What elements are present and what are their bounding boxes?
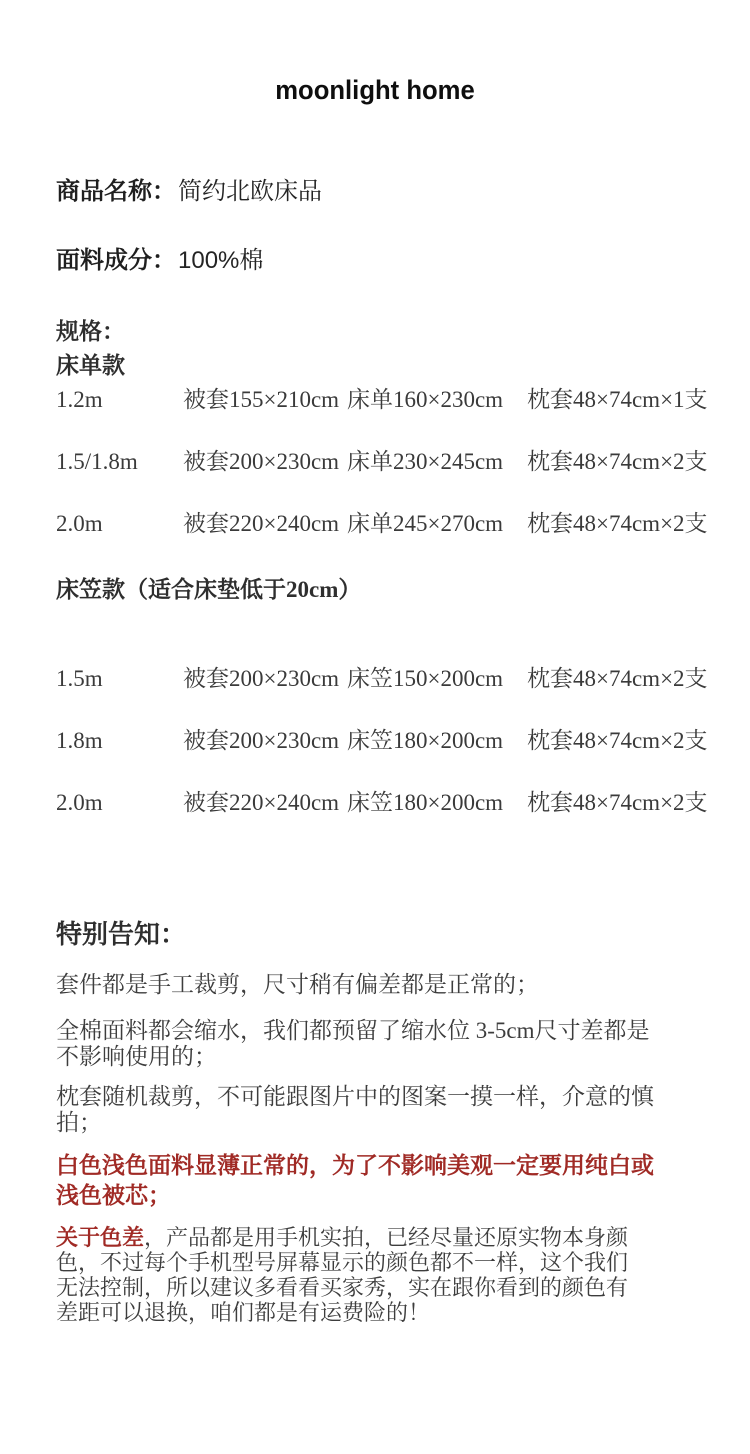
- section-title-fitted-sheet: 床笠款（适合床垫低于20cm）: [56, 576, 361, 603]
- spec-row-fitted-1-8m: 1.8m 被套200×230cm 床笠180×200cm 枕套48×74cm×2…: [56, 727, 736, 755]
- fabric-row: 面料成分： 100%棉: [56, 247, 716, 275]
- notice-line: 全棉面料都会缩水，我们都预留了缩水位 3-5cm尺寸差都是: [56, 1018, 716, 1044]
- spec-pillow: 枕套48×74cm×1支: [527, 386, 708, 413]
- spec-pillow: 枕套48×74cm×2支: [527, 510, 708, 537]
- spec-size: 2.0m: [56, 510, 103, 537]
- spec-duvet: 被套200×230cm: [183, 727, 339, 754]
- product-name-row: 商品名称： 简约北欧床品: [56, 178, 716, 206]
- specs-heading: 规格：: [56, 318, 125, 345]
- notice-paragraph-color-difference: 关于色差，产品都是用手机实拍，已经尽量还原实物本身颜 色，不过每个手机型号屏幕显…: [56, 1225, 716, 1325]
- spec-size: 1.2m: [56, 386, 103, 413]
- notice-line: 不影响使用的；: [56, 1044, 716, 1070]
- spec-size: 2.0m: [56, 789, 103, 816]
- spec-size: 1.8m: [56, 727, 103, 754]
- notice-line-text: ，产品都是用手机实拍，已经尽量还原实物本身颜: [144, 1225, 628, 1250]
- spec-pillow: 枕套48×74cm×2支: [527, 727, 708, 754]
- notice-line: 色，不过每个手机型号屏幕显示的颜色都不一样，这个我们: [56, 1250, 716, 1275]
- spec-pillow: 枕套48×74cm×2支: [527, 665, 708, 692]
- spec-sheet: 床单160×230cm: [347, 386, 503, 413]
- spec-sheet: 床笠150×200cm: [347, 665, 503, 692]
- notice-line: 浅色被芯；: [56, 1181, 716, 1211]
- fabric-label: 面料成分：: [56, 247, 176, 275]
- product-description-page: moonlight home 商品名称： 简约北欧床品 面料成分： 100%棉 …: [0, 0, 750, 1454]
- color-difference-lead: 关于色差: [56, 1225, 144, 1250]
- spec-size: 1.5/1.8m: [56, 448, 138, 475]
- brand-title: moonlight home: [19, 74, 732, 106]
- spec-duvet: 被套155×210cm: [183, 386, 339, 413]
- notice-line: 关于色差，产品都是用手机实拍，已经尽量还原实物本身颜: [56, 1225, 716, 1250]
- spec-pillow: 枕套48×74cm×2支: [527, 448, 708, 475]
- notice-paragraph-pillowcase: 枕套随机裁剪，不可能跟图片中的图案一摸一样，介意的慎 拍；: [56, 1084, 716, 1136]
- notice-paragraph-shrink: 全棉面料都会缩水，我们都预留了缩水位 3-5cm尺寸差都是 不影响使用的；: [56, 1018, 716, 1070]
- notice-line: 拍；: [56, 1110, 716, 1136]
- spec-row-2-0m: 2.0m 被套220×240cm 床单245×270cm 枕套48×74cm×2…: [56, 510, 736, 538]
- spec-sheet: 床单230×245cm: [347, 448, 503, 475]
- notice-paragraph-handcut: 套件都是手工裁剪，尺寸稍有偏差都是正常的；: [56, 972, 716, 998]
- spec-row-1-2m: 1.2m 被套155×210cm 床单160×230cm 枕套48×74cm×1…: [56, 386, 736, 414]
- spec-duvet: 被套200×230cm: [183, 665, 339, 692]
- notice-line: 无法控制，所以建议多看看买家秀，实在跟你看到的颜色有: [56, 1275, 716, 1300]
- spec-duvet: 被套200×230cm: [183, 448, 339, 475]
- product-name-value: 简约北欧床品: [178, 178, 322, 206]
- notice-heading: 特别告知：: [56, 920, 186, 950]
- notice-line: 套件都是手工裁剪，尺寸稍有偏差都是正常的；: [56, 972, 716, 998]
- spec-row-fitted-1-5m: 1.5m 被套200×230cm 床笠150×200cm 枕套48×74cm×2…: [56, 665, 736, 693]
- notice-paragraph-light-fabric-warning: 白色浅色面料显薄正常的，为了不影响美观一定要用纯白或 浅色被芯；: [56, 1151, 716, 1211]
- spec-duvet: 被套220×240cm: [183, 510, 339, 537]
- notice-line: 枕套随机裁剪，不可能跟图片中的图案一摸一样，介意的慎: [56, 1084, 716, 1110]
- spec-size: 1.5m: [56, 665, 103, 692]
- notice-line: 差距可以退换，咱们都是有运费险的！: [56, 1300, 716, 1325]
- spec-sheet: 床单245×270cm: [347, 510, 503, 537]
- fabric-value: 100%棉: [178, 247, 263, 275]
- product-name-label: 商品名称：: [56, 178, 176, 206]
- spec-pillow: 枕套48×74cm×2支: [527, 789, 708, 816]
- section-title-bedsheet: 床单款: [56, 352, 125, 379]
- spec-row-1-5-1-8m: 1.5/1.8m 被套200×230cm 床单230×245cm 枕套48×74…: [56, 448, 736, 476]
- spec-sheet: 床笠180×200cm: [347, 727, 503, 754]
- spec-duvet: 被套220×240cm: [183, 789, 339, 816]
- notice-line: 白色浅色面料显薄正常的，为了不影响美观一定要用纯白或: [56, 1151, 716, 1181]
- spec-sheet: 床笠180×200cm: [347, 789, 503, 816]
- spec-row-fitted-2-0m: 2.0m 被套220×240cm 床笠180×200cm 枕套48×74cm×2…: [56, 789, 736, 817]
